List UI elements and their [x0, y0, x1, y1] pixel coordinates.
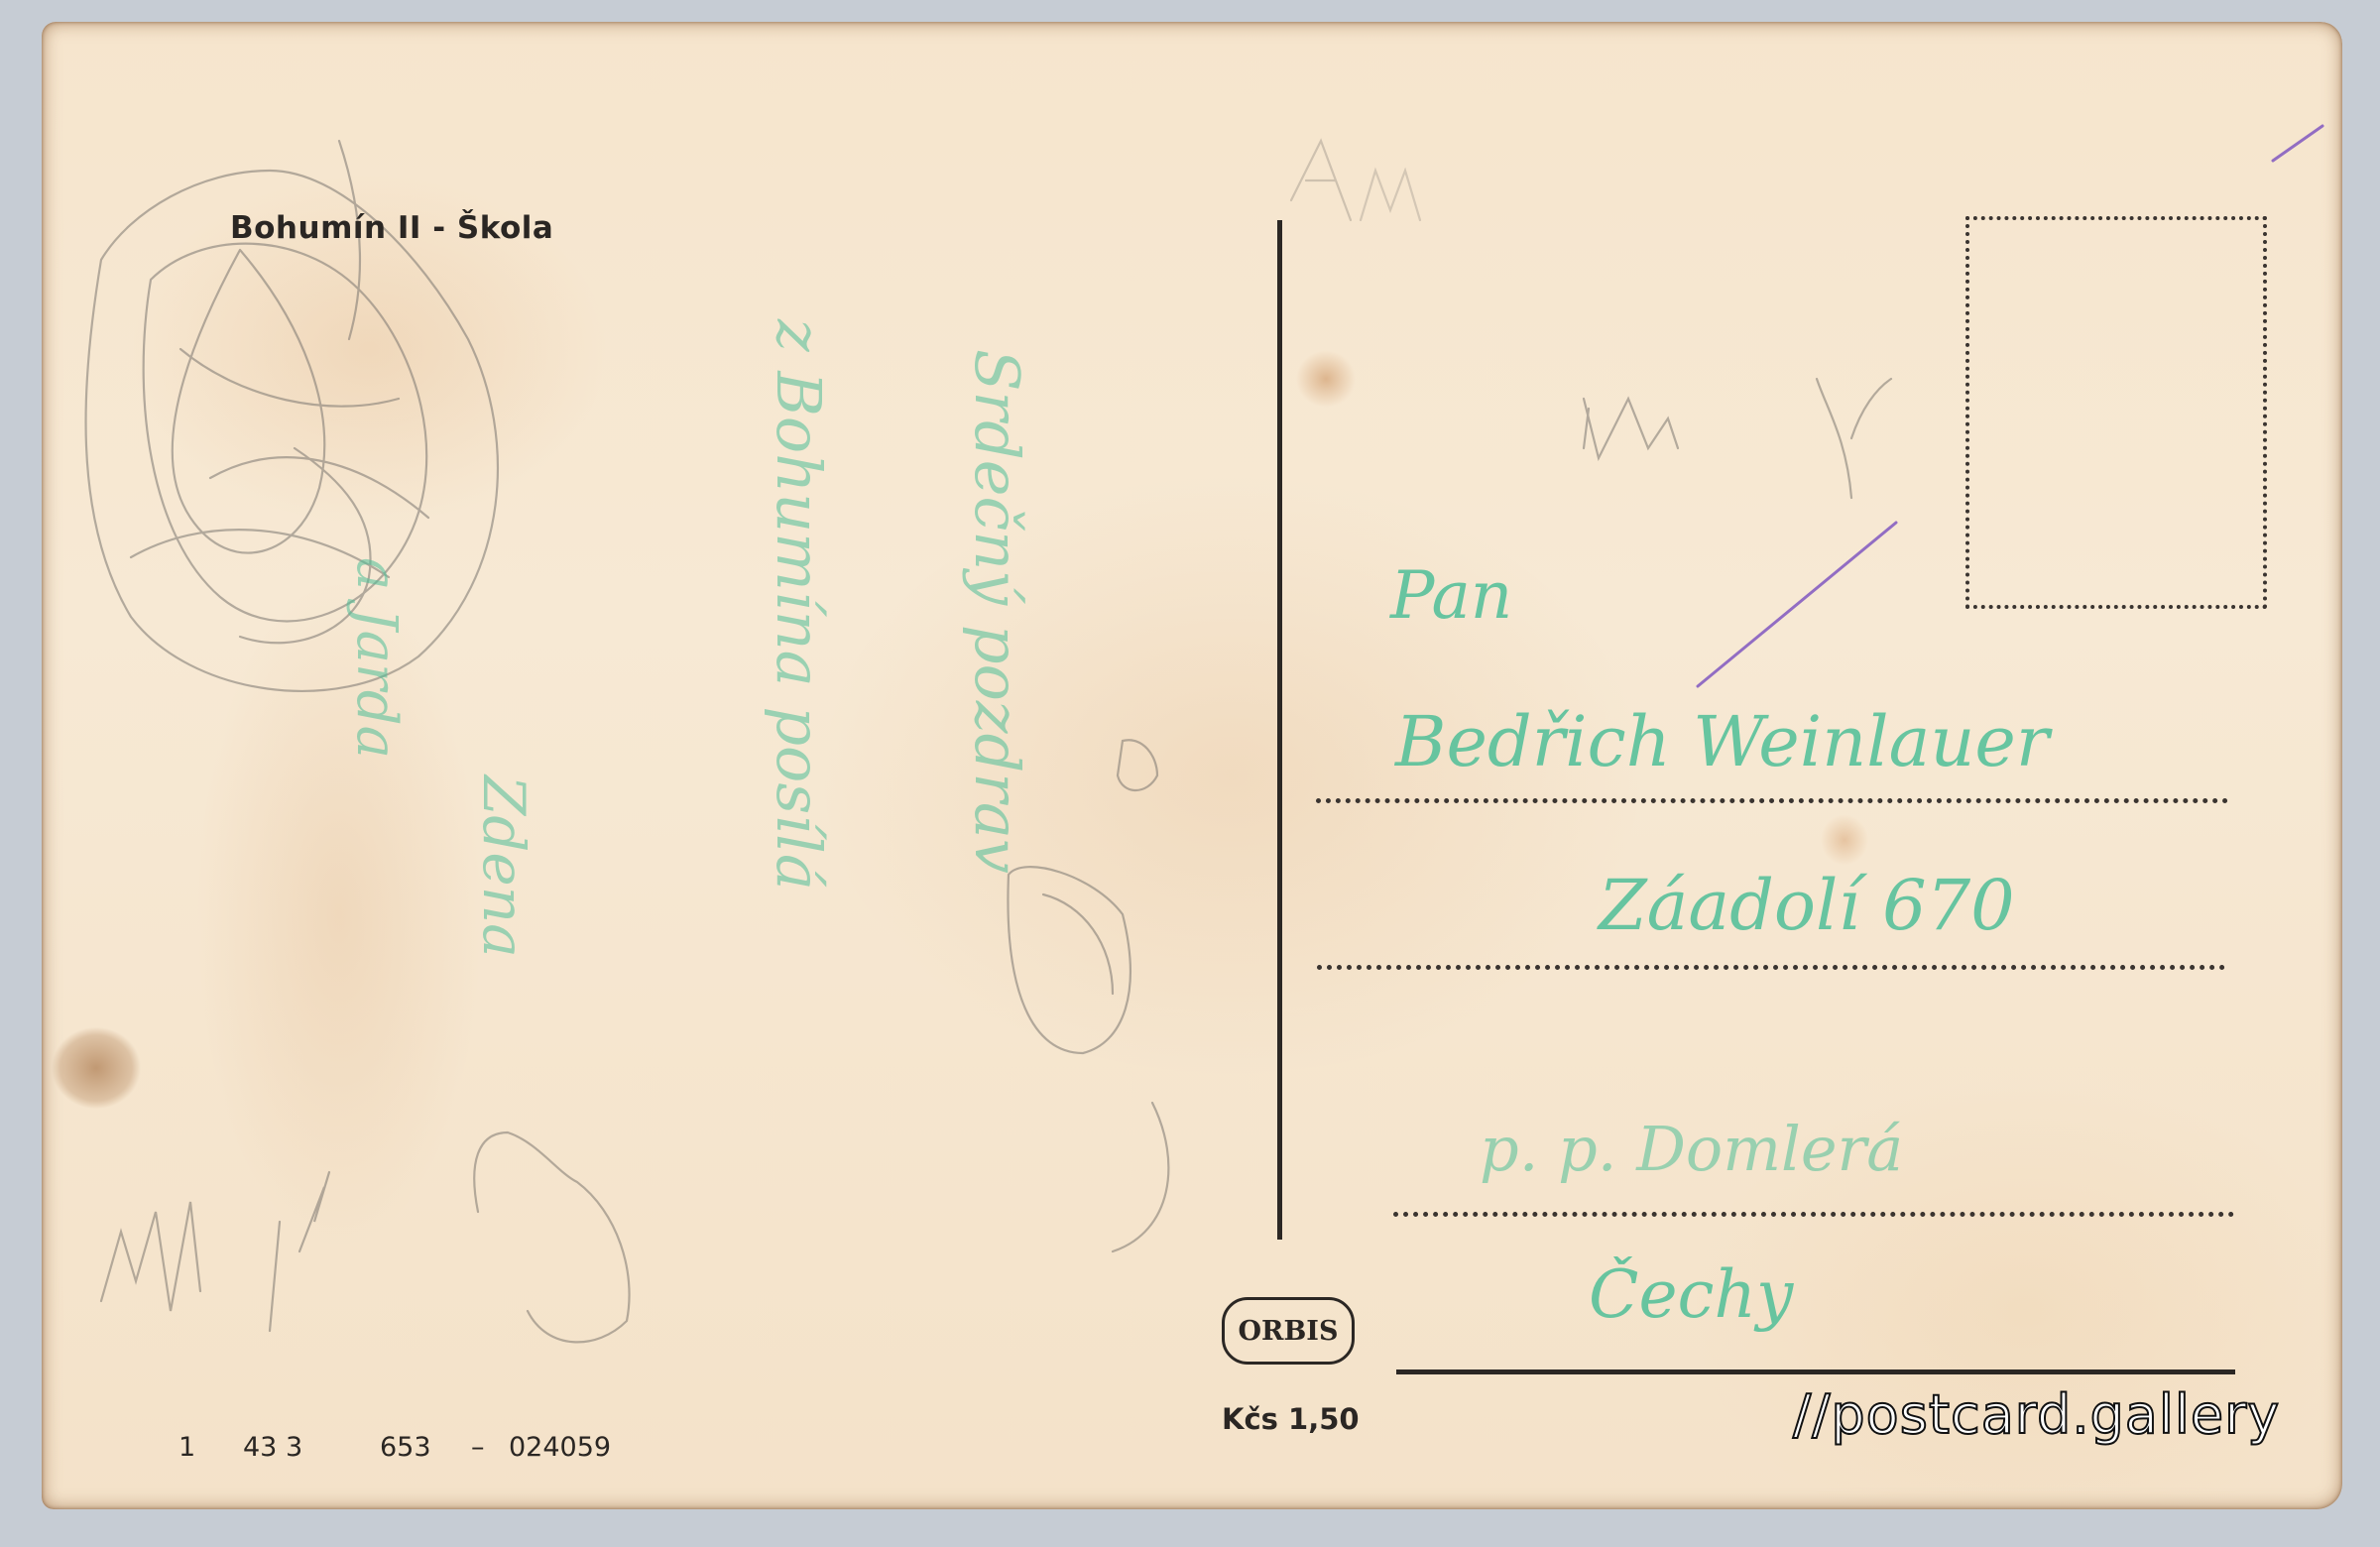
- address-line-3: [1393, 1212, 2234, 1217]
- address-country: Čechy: [1589, 1256, 1793, 1333]
- catalog-number-4: 024059: [509, 1432, 611, 1463]
- postcard-price: Kčs 1,50: [1222, 1402, 1360, 1436]
- address-line-4: [1396, 1369, 2235, 1374]
- postcard-gallery-watermark: //postcard.gallery: [1793, 1383, 2280, 1446]
- stamp-placeholder-box: [1965, 216, 2267, 609]
- catalog-number-3: 653: [380, 1432, 431, 1463]
- address-line-2: [1317, 965, 2225, 970]
- catalog-number-2: 43 3: [243, 1432, 302, 1463]
- address-line-1: [1316, 798, 2228, 803]
- orbis-logo-text: ORBIS: [1239, 1316, 1339, 1347]
- address-name: Bedřich Weinlauer: [1395, 701, 2049, 782]
- center-divider-line: [1277, 220, 1282, 1240]
- postcard-back: Bohumín II - Škola Pan Bedřich Weinlauer…: [42, 22, 2342, 1509]
- address-street: Záadolí 670: [1599, 865, 2015, 946]
- message-line-2: z Bohumína posílá: [763, 319, 835, 891]
- postcard-title: Bohumín II - Škola: [230, 210, 553, 246]
- address-post-office: p. p. Domlerá: [1480, 1113, 1903, 1185]
- message-line-4: a Jarda: [344, 557, 409, 759]
- catalog-number-1: 1: [178, 1432, 195, 1463]
- message-line-3: Zdena: [470, 775, 537, 958]
- orbis-publisher-logo: ORBIS: [1222, 1297, 1355, 1365]
- message-line-1: Srdečný pozdrav: [961, 349, 1033, 874]
- catalog-number-dash: –: [471, 1432, 485, 1463]
- address-salutation: Pan: [1390, 557, 1512, 634]
